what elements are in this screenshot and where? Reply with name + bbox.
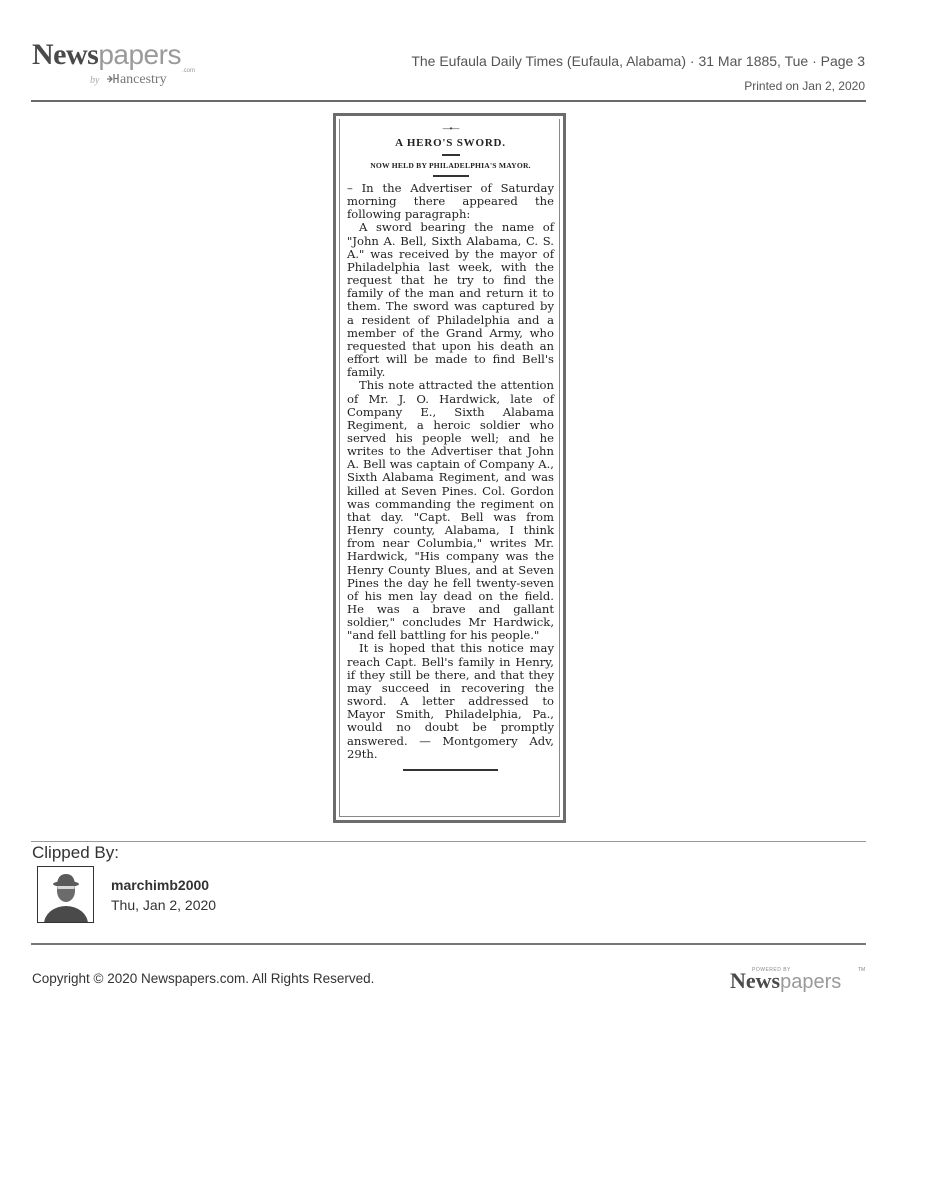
article-body: – In the Advertiser of Saturday morning … [347,182,554,761]
user-avatar[interactable] [37,866,94,923]
clipper-username[interactable]: marchimb2000 [111,877,209,893]
ancestry-leaf-icon [106,73,120,84]
logo-by: by [90,75,99,86]
ornament-divider: —•— [347,125,554,133]
logo-wordmark: Newspapers [32,40,212,70]
footer-divider [31,943,866,945]
logo-com: .com [182,68,195,74]
newspaper-source-title: The Eufaula Daily Times (Eufaula, Alabam… [411,53,865,69]
clipping-divider [31,841,866,842]
powered-news: News [730,968,780,993]
article-paragraph: – In the Advertiser of Saturday morning … [347,182,554,221]
article-paragraph: It is hoped that this notice may reach C… [347,642,554,760]
clipping-inner-frame: —•— A HERO'S SWORD. NOW HELD BY PHILADEL… [339,119,560,817]
clipped-by-label: Clipped By: [32,843,119,863]
logo-news: News [32,38,98,71]
clipped-date: Thu, Jan 2, 2020 [111,897,216,913]
trademark-mark: TM [858,967,865,973]
newspapers-logo[interactable]: Newspapers .com by ancestry [32,40,212,90]
powered-by-newspapers-logo[interactable]: POWERED BY Newspapers TM [730,965,870,995]
user-avatar-icon [38,867,93,922]
article-end-rule [403,769,498,771]
powered-wordmark: Newspapers [730,968,841,994]
ancestry-byline: by ancestry [90,72,167,88]
newspaper-clipping[interactable]: —•— A HERO'S SWORD. NOW HELD BY PHILADEL… [333,113,566,823]
article-paragraph: This note attracted the attention of Mr.… [347,379,554,642]
article-headline: A HERO'S SWORD. [347,137,554,149]
header-divider [31,100,866,102]
article-paragraph: A sword bearing the name of "John A. Bel… [347,221,554,379]
subheadline-dash [433,175,469,177]
article-subheadline: NOW HELD BY PHILADELPHIA'S MAYOR. [347,161,554,170]
powered-papers: papers [780,971,841,993]
headline-dash [442,154,460,156]
printed-date: Printed on Jan 2, 2020 [744,79,865,93]
logo-ancestry: ancestry [120,72,167,87]
copyright-notice: Copyright © 2020 Newspapers.com. All Rig… [32,971,374,986]
logo-papers: papers [98,39,181,70]
